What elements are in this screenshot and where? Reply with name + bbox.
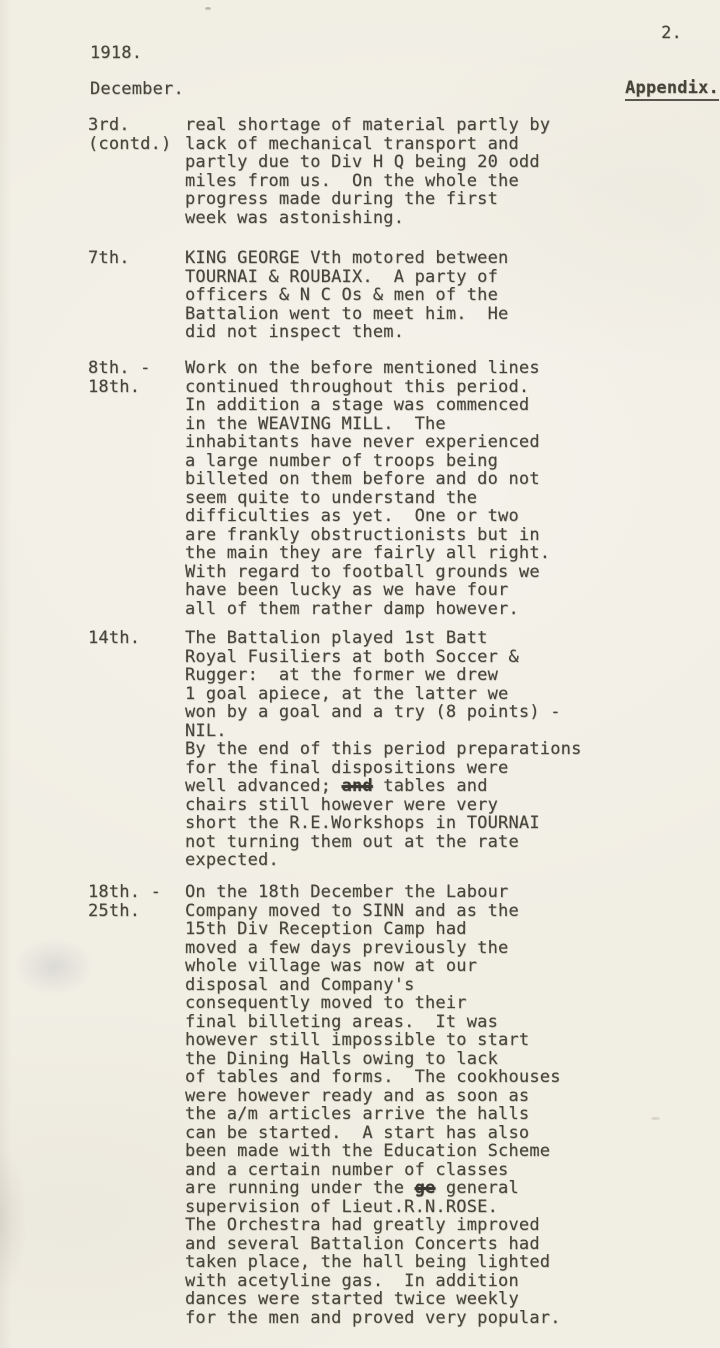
text-line: Rugger: at the former we drew	[185, 666, 720, 685]
text-line: whole village was now at our	[185, 957, 720, 976]
entry-date-line: 18th.	[88, 378, 185, 397]
text-line: continued throughout this period.	[185, 378, 720, 397]
scan-edge-shadow	[0, 1150, 26, 1290]
page-number: 2.	[661, 24, 682, 43]
text-line: By the end of this period preparations	[185, 740, 720, 759]
text-line: in the WEAVING MILL. The	[185, 415, 720, 434]
appendix-label: Appendix.	[625, 79, 719, 101]
text-line: well advanced; and tables and	[185, 777, 720, 796]
text-line: billeted on them before and do not	[185, 470, 720, 489]
text-line: taken place, the hall being lighted	[185, 1253, 720, 1272]
diary-entry: 18th. -25th.On the 18th December the Lab…	[0, 883, 720, 1327]
text-line: Work on the before mentioned lines	[185, 359, 720, 378]
entry-date-line: 3rd.	[88, 116, 185, 135]
text-line: dances were started twice weekly	[185, 1290, 720, 1309]
text-line: supervision of Lieut.R.N.ROSE.	[185, 1198, 720, 1217]
text-line: real shortage of material partly by	[185, 116, 720, 135]
text-line: all of them rather damp however.	[185, 600, 720, 619]
entry-body: KING GEORGE Vth motored betweenTOURNAI &…	[185, 249, 720, 342]
ink-speck	[651, 1117, 660, 1120]
entry-body: The Battalion played 1st BattRoyal Fusil…	[185, 629, 720, 870]
entry-date: 3rd.(contd.)	[0, 116, 185, 227]
text-line: have been lucky as we have four	[185, 581, 720, 600]
text-line: been made with the Education Scheme	[185, 1142, 720, 1161]
text-line: of tables and forms. The cookhouses	[185, 1068, 720, 1087]
text-line: The Battalion played 1st Batt	[185, 629, 720, 648]
text-line: were however ready and as soon as	[185, 1087, 720, 1106]
text-line: won by a goal and a try (8 points) -	[185, 703, 720, 722]
text-line: 1 goal apiece, at the latter we	[185, 685, 720, 704]
text-line: are running under the ge general	[185, 1179, 720, 1198]
text-line: Company moved to SINN and as the	[185, 902, 720, 921]
diary-entry: 8th. -18th.Work on the before mentioned …	[0, 359, 720, 618]
text-line: the a/m articles arrive the halls	[185, 1105, 720, 1124]
entry-date: 7th.	[0, 249, 185, 342]
pencil-smudge	[14, 938, 94, 996]
text-line: week was astonishing.	[185, 209, 720, 228]
entry-date-line: (contd.)	[88, 135, 185, 154]
text-line: In addition a stage was commenced	[185, 396, 720, 415]
text-line: with acetyline gas. In addition	[185, 1272, 720, 1291]
diary-entry: 14th.The Battalion played 1st BattRoyal …	[0, 629, 720, 870]
text-line: difficulties as yet. One or two	[185, 507, 720, 526]
text-line: a large number of troops being	[185, 452, 720, 471]
text-line: for the final dispositions were	[185, 759, 720, 778]
text-line: expected.	[185, 851, 720, 870]
text-line: not turning them out at the rate	[185, 833, 720, 852]
entry-date: 14th.	[0, 629, 185, 870]
text-line: progress made during the first	[185, 190, 720, 209]
text-line: disposal and Company's	[185, 976, 720, 995]
text-line: consequently moved to their	[185, 994, 720, 1013]
diary-entry: 7th.KING GEORGE Vth motored betweenTOURN…	[0, 249, 720, 342]
entry-date-line: 18th. -	[88, 883, 185, 902]
entry-body: Work on the before mentioned linescontin…	[185, 359, 720, 618]
text-line: short the R.E.Workshops in TOURNAI	[185, 814, 720, 833]
text-line: the main they are fairly all right.	[185, 544, 720, 563]
text-line: officers & N C Os & men of the	[185, 286, 720, 305]
text-line: and a certain number of classes	[185, 1161, 720, 1180]
text-line: Battalion went to meet him. He	[185, 305, 720, 324]
text-line: The Orchestra had greatly improved	[185, 1216, 720, 1235]
text-line: inhabitants have never experienced	[185, 433, 720, 452]
text-line: and several Battalion Concerts had	[185, 1235, 720, 1254]
month-label: December.	[90, 80, 184, 99]
ink-speck	[205, 7, 211, 10]
entry-date-line: 8th. -	[88, 359, 185, 378]
text-line: did not inspect them.	[185, 323, 720, 342]
diary-entry: 3rd.(contd.)real shortage of material pa…	[0, 116, 720, 227]
entry-date-line: 25th.	[88, 902, 185, 921]
text-line: miles from us. On the whole the	[185, 172, 720, 191]
text-line: Royal Fusiliers at both Soccer &	[185, 648, 720, 667]
entry-date-line: 7th.	[88, 249, 185, 268]
text-line: NIL.	[185, 722, 720, 741]
year-label: 1918.	[90, 44, 142, 63]
text-line: can be started. A start has also	[185, 1124, 720, 1143]
text-line: TOURNAI & ROUBAIX. A party of	[185, 268, 720, 287]
text-line: however still impossible to start	[185, 1031, 720, 1050]
text-line: final billeting areas. It was	[185, 1013, 720, 1032]
text-line: KING GEORGE Vth motored between	[185, 249, 720, 268]
text-line: lack of mechanical transport and	[185, 135, 720, 154]
struck-word: and	[342, 776, 373, 796]
struck-word: ge	[415, 1178, 436, 1198]
entry-date-line: 14th.	[88, 629, 185, 648]
text-line: are frankly obstructionists but in	[185, 526, 720, 545]
text-line: On the 18th December the Labour	[185, 883, 720, 902]
text-line: the Dining Halls owing to lack	[185, 1050, 720, 1069]
text-line: 15th Div Reception Camp had	[185, 920, 720, 939]
scanned-page: 2. 1918. December. Appendix. 3rd.(contd.…	[0, 0, 720, 1348]
text-line: partly due to Div H Q being 20 odd	[185, 153, 720, 172]
text-line: chairs still however were very	[185, 796, 720, 815]
text-line: seem quite to understand the	[185, 489, 720, 508]
text-line: for the men and proved very popular.	[185, 1309, 720, 1328]
text-line: With regard to football grounds we	[185, 563, 720, 582]
entry-body: real shortage of material partly bylack …	[185, 116, 720, 227]
entry-date: 8th. -18th.	[0, 359, 185, 618]
entry-body: On the 18th December the LabourCompany m…	[185, 883, 720, 1327]
text-line: moved a few days previously the	[185, 939, 720, 958]
